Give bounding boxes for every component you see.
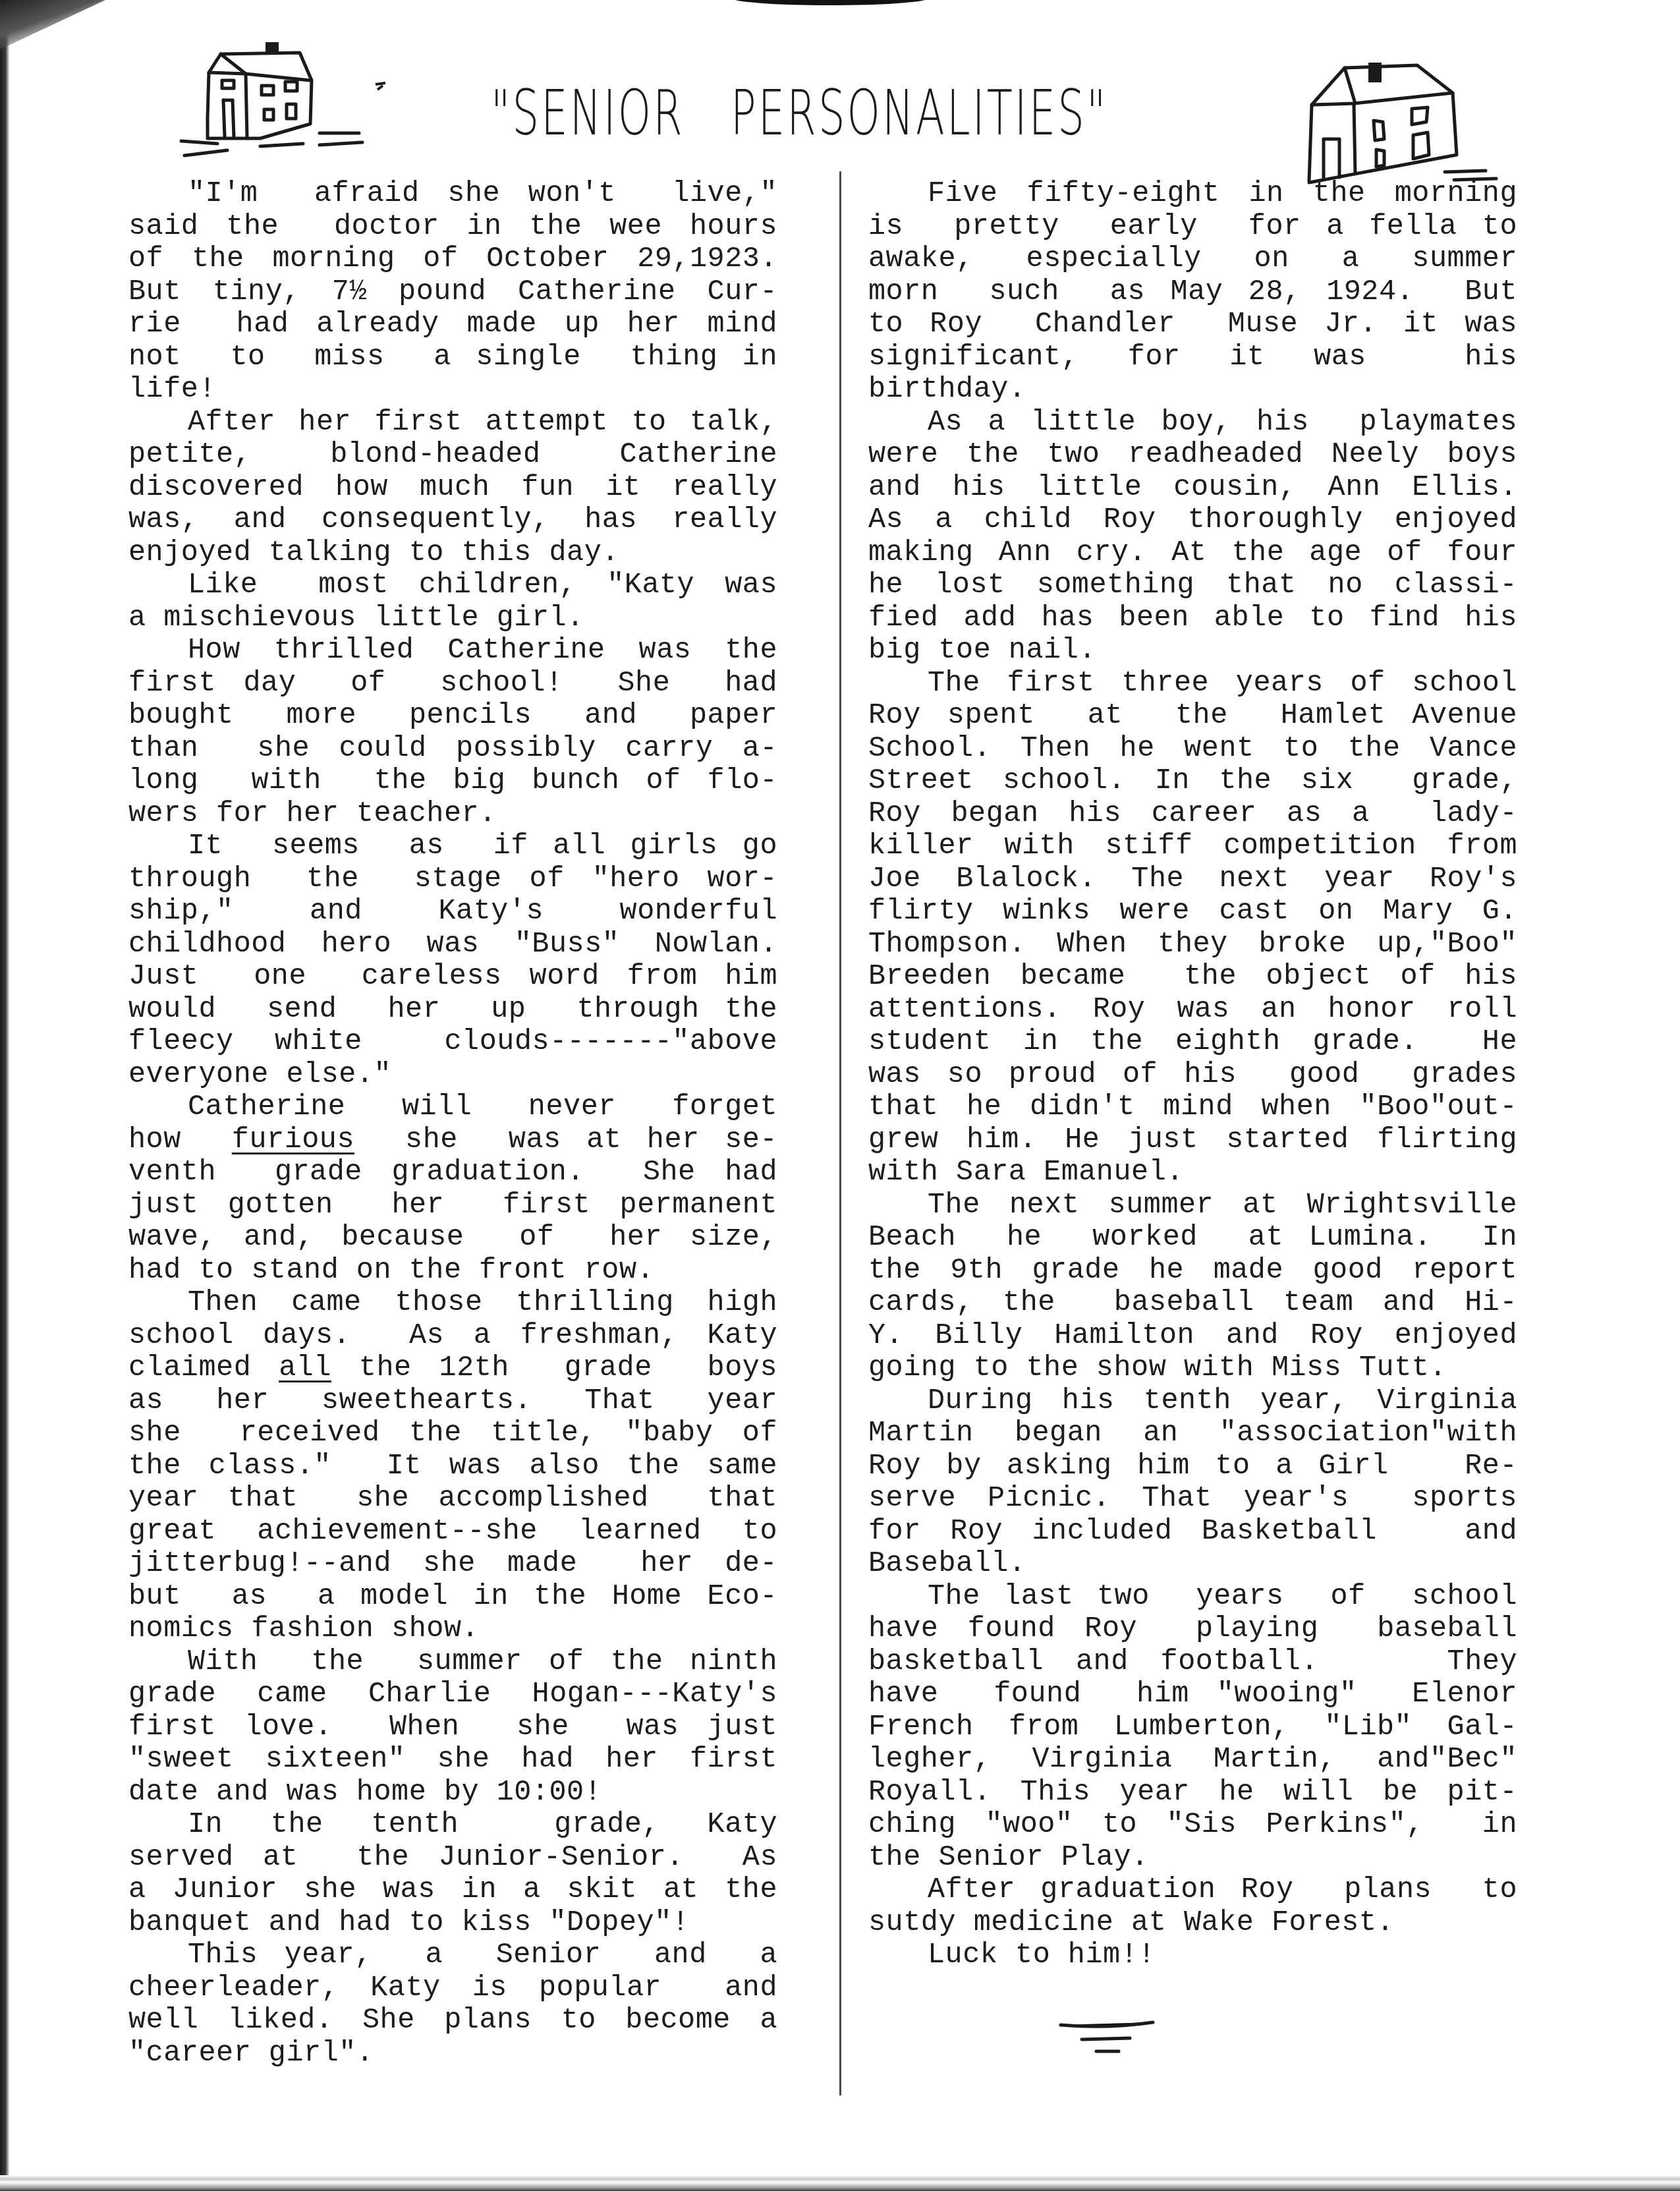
text-line: going to the show with Miss Tutt. xyxy=(868,1352,1517,1385)
text-line: With the summer of the ninth xyxy=(128,1646,777,1679)
text-line: But tiny, 7½ pound Catherine Cur- xyxy=(128,276,777,309)
text-line: as her sweethearts. That year xyxy=(128,1385,777,1418)
text-line: the Senior Play. xyxy=(868,1842,1517,1875)
text-line: and his little cousin, Ann Ellis. xyxy=(868,472,1517,505)
text-line: a Junior she was in a skit at the xyxy=(128,1874,777,1907)
text-line: how furious she was at her se- xyxy=(128,1124,777,1157)
text-line: grew him. He just started flirting xyxy=(868,1124,1517,1157)
text-line: cheerleader, Katy is popular and xyxy=(128,1972,777,2005)
text-line: The first three years of school xyxy=(868,668,1517,700)
text-line: was, and consequently, has really xyxy=(128,504,777,537)
text-line: The last two years of school xyxy=(868,1581,1517,1614)
text-line: jitterbug!--and she made her de- xyxy=(128,1548,777,1581)
text-line: The next summer at Wrightsville xyxy=(868,1189,1517,1222)
text-line: than she could possibly carry a- xyxy=(128,733,777,766)
text-line: In the tenth grade, Katy xyxy=(128,1809,777,1842)
scanner-edge-shadow xyxy=(0,0,9,2191)
text-line: fied add has been able to find his xyxy=(868,602,1517,635)
scanned-page: "SENIOR PERSONALITIES" "I'm af xyxy=(0,0,1680,2191)
article-roy-muse: Five fifty-eight in the morningis pretty… xyxy=(868,178,1517,1972)
three-line-end-mark-icon xyxy=(1054,2020,1186,2059)
text-line: he lost something that no classi- xyxy=(868,569,1517,602)
underlined-word: all xyxy=(279,1352,331,1384)
text-line: discovered how much fun it really xyxy=(128,472,777,505)
text-line: Royall. This year he will be pit- xyxy=(868,1777,1517,1809)
text-line: grade came Charlie Hogan---Katy's xyxy=(128,1678,777,1711)
text-line: to Roy Chandler Muse Jr. it was xyxy=(868,308,1517,341)
text-line: serve Picnic. That year's sports xyxy=(868,1483,1517,1516)
text-line: everyone else." xyxy=(128,1059,777,1092)
article-catherine-currie: "I'm afraid she won't live,"said the doc… xyxy=(128,178,777,2070)
text-line: is pretty early for a fella to xyxy=(868,211,1517,244)
text-line: birthday. xyxy=(868,374,1517,407)
text-line: enjoyed talking to this day. xyxy=(128,537,777,570)
text-line: sutdy medicine at Wake Forest. xyxy=(868,1907,1517,1940)
text-line: As a child Roy thoroughly enjoyed xyxy=(868,504,1517,537)
text-line: the class." It was also the same xyxy=(128,1450,777,1483)
scanner-edge-shadow xyxy=(0,2175,1680,2191)
text-line: the 9th grade he made good report xyxy=(868,1255,1517,1288)
text-line: Martin began an "association"with xyxy=(868,1417,1517,1450)
text-line: Baseball. xyxy=(868,1548,1517,1581)
underlined-word: furious xyxy=(232,1124,354,1156)
text-line: were the two readheaded Neely boys xyxy=(868,439,1517,472)
text-line: great achievement--she learned to xyxy=(128,1516,777,1549)
text-line: school days. As a freshman, Katy xyxy=(128,1320,777,1353)
text-line: said the doctor in the wee hours xyxy=(128,211,777,244)
text-line: "career girl". xyxy=(128,2037,777,2070)
text-line: rie had already made up her mind xyxy=(128,308,777,341)
text-line: for Roy included Basketball and xyxy=(868,1516,1517,1549)
text-line: Y. Billy Hamilton and Roy enjoyed xyxy=(868,1320,1517,1353)
text-line: she received the title, "baby of xyxy=(128,1417,777,1450)
text-line: have found Roy playing baseball xyxy=(868,1613,1517,1646)
text-line: morn such as May 28, 1924. But xyxy=(868,276,1517,309)
text-line: Catherine will never forget xyxy=(128,1091,777,1124)
text-line: Luck to him!! xyxy=(868,1939,1517,1972)
text-line: making Ann cry. At the age of four xyxy=(868,537,1517,570)
text-line: life! xyxy=(128,374,777,407)
scanner-artifact xyxy=(731,0,929,5)
text-line: date and was home by 10:00! xyxy=(128,1777,777,1809)
text-line: wave, and, because of her size, xyxy=(128,1222,777,1255)
text-line: attentions. Roy was an honor roll xyxy=(868,994,1517,1027)
text-line: year that she accomplished that xyxy=(128,1483,777,1516)
text-line: with Sara Emanuel. xyxy=(868,1156,1517,1189)
text-line: nomics fashion show. xyxy=(128,1613,777,1646)
house-drawing-icon xyxy=(1301,56,1499,188)
text-line: venth grade graduation. She had xyxy=(128,1156,777,1189)
text-line: Breeden became the object of his xyxy=(868,961,1517,994)
column-divider xyxy=(839,171,841,2095)
text-line: served at the Junior-Senior. As xyxy=(128,1842,777,1875)
text-line: ching "woo" to "Sis Perkins", in xyxy=(868,1809,1517,1842)
text-line: cards, the baseball team and Hi- xyxy=(868,1287,1517,1320)
text-line: Street school. In the six grade, xyxy=(868,765,1517,798)
text-line: significant, for it was his xyxy=(868,341,1517,374)
text-line: would send her up through the xyxy=(128,994,777,1027)
text-line: killer with stiff competition from xyxy=(868,830,1517,863)
text-line: How thrilled Catherine was the xyxy=(128,635,777,668)
text-line: Five fifty-eight in the morning xyxy=(868,178,1517,211)
text-line: well liked. She plans to become a xyxy=(128,2005,777,2037)
text-line: not to miss a single thing in xyxy=(128,341,777,374)
text-line: a mischievous little girl. xyxy=(128,602,777,635)
text-line: wers for her teacher. xyxy=(128,798,777,831)
text-line: Roy began his career as a lady- xyxy=(868,798,1517,831)
text-line: petite, blond-headed Catherine xyxy=(128,439,777,472)
text-line: After graduation Roy plans to xyxy=(868,1874,1517,1907)
text-line: first day of school! She had xyxy=(128,668,777,700)
text-line: ship," and Katy's wonderful xyxy=(128,896,777,928)
house-drawing-icon xyxy=(168,40,385,158)
text-line: Like most children, "Katy was xyxy=(128,569,777,602)
text-line: of the morning of October 29,1923. xyxy=(128,243,777,276)
text-line: Roy spent at the Hamlet Avenue xyxy=(868,700,1517,733)
text-line: childhood hero was "Buss" Nowlan. xyxy=(128,928,777,961)
text-line: Beach he worked at Lumina. In xyxy=(868,1222,1517,1255)
text-line: have found him "wooing" Elenor xyxy=(868,1678,1517,1711)
text-line: student in the eighth grade. He xyxy=(868,1026,1517,1059)
text-line: banquet and had to kiss "Dopey"! xyxy=(128,1907,777,1940)
text-line: fleecy white clouds-------"above xyxy=(128,1026,777,1059)
text-line: French from Lumberton, "Lib" Gal- xyxy=(868,1711,1517,1744)
text-line: During his tenth year, Virginia xyxy=(868,1385,1517,1418)
text-line: but as a model in the Home Eco- xyxy=(128,1581,777,1614)
text-line: legher, Virginia Martin, and"Bec" xyxy=(868,1744,1517,1777)
text-line: This year, a Senior and a xyxy=(128,1939,777,1972)
text-line: had to stand on the front row. xyxy=(128,1255,777,1288)
folded-page-corner xyxy=(0,0,105,49)
text-line: Just one careless word from him xyxy=(128,961,777,994)
text-line: Thompson. When they broke up,"Boo" xyxy=(868,928,1517,961)
text-line: "I'm afraid she won't live," xyxy=(128,178,777,211)
text-line: After her first attempt to talk, xyxy=(128,407,777,440)
text-line: basketball and football. They xyxy=(868,1646,1517,1679)
text-line: Roy by asking him to a Girl Re- xyxy=(868,1450,1517,1483)
text-line: "sweet sixteen" she had her first xyxy=(128,1744,777,1777)
text-line: Joe Blalock. The next year Roy's xyxy=(868,863,1517,896)
text-line: School. Then he went to the Vance xyxy=(868,733,1517,766)
text-line: through the stage of "hero wor- xyxy=(128,863,777,896)
text-line: claimed all the 12th grade boys xyxy=(128,1352,777,1385)
text-line: that he didn't mind when "Boo"out- xyxy=(868,1091,1517,1124)
text-line: As a little boy, his playmates xyxy=(868,407,1517,440)
text-line: was so proud of his good grades xyxy=(868,1059,1517,1092)
text-line: It seems as if all girls go xyxy=(128,830,777,863)
page-title: "SENIOR PERSONALITIES" xyxy=(491,78,1108,150)
text-line: long with the big bunch of flo- xyxy=(128,765,777,798)
text-line: first love. When she was just xyxy=(128,1711,777,1744)
text-line: big toe nail. xyxy=(868,635,1517,668)
text-line: awake, especially on a summer xyxy=(868,243,1517,276)
text-line: bought more pencils and paper xyxy=(128,700,777,733)
text-line: just gotten her first permanent xyxy=(128,1189,777,1222)
text-line: flirty winks were cast on Mary G. xyxy=(868,896,1517,928)
text-line: Then came those thrilling high xyxy=(128,1287,777,1320)
